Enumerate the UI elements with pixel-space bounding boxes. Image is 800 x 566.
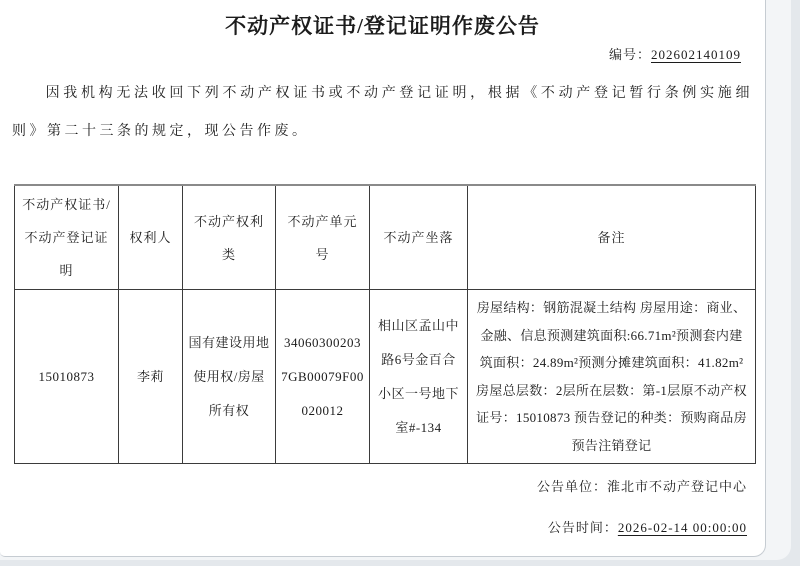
col-header-unit-no: 不动产单元号 (276, 185, 370, 290)
announcing-unit-line: 公告单位：淮北市不动产登记中心 (0, 477, 765, 496)
cell-right-type: 国有建设用地使用权/房屋所有权 (183, 290, 276, 464)
announcing-unit-value: 淮北市不动产登记中心 (607, 479, 747, 494)
col-header-location: 不动产坐落 (370, 185, 468, 290)
serial-number-line: 编号：202602140109 (0, 46, 765, 64)
table-row: 15010873 李莉 国有建设用地使用权/房屋所有权 340603002037… (15, 290, 756, 464)
serial-number-label: 编号： (609, 47, 651, 62)
cell-remark: 房屋结构：钢筋混凝土结构 房屋用途：商业、金融、信息预测建筑面积:66.71m²… (468, 290, 756, 464)
col-header-remark: 备注 (468, 185, 756, 290)
serial-number-value: 202602140109 (651, 47, 741, 62)
cell-unit-no: 340603002037GB00079F00020012 (276, 290, 370, 464)
cell-holder: 李莉 (119, 290, 183, 464)
certificates-table: 不动产权证书/不动产登记证明 权利人 不动产权利类 不动产单元号 不动产坐落 备… (14, 184, 756, 464)
cell-location: 相山区孟山中路6号金百合小区一号地下室#-134 (370, 290, 468, 464)
announcement-time-label: 公告时间： (548, 520, 618, 535)
col-header-holder: 权利人 (119, 185, 183, 290)
col-header-right-type: 不动产权利类 (183, 185, 276, 290)
cell-certificate-no: 15010873 (15, 290, 119, 464)
announcing-unit-label: 公告单位： (537, 479, 607, 494)
col-header-certificate-no: 不动产权证书/不动产登记证明 (15, 185, 119, 290)
announcement-time-value: 2026-02-14 00:00:00 (618, 520, 747, 535)
announcement-document: 不动产权证书/登记证明作废公告 编号：202602140109 因我机构无法收回… (0, 0, 766, 557)
table-header-row: 不动产权证书/不动产登记证明 权利人 不动产权利类 不动产单元号 不动产坐落 备… (15, 185, 756, 290)
intro-paragraph: 因我机构无法收回下列不动产权证书或不动产登记证明，根据《不动产登记暂行条例实施细… (12, 75, 753, 151)
page-title: 不动产权证书/登记证明作废公告 (0, 11, 765, 41)
announcement-time-line: 公告时间：2026-02-14 00:00:00 (0, 518, 765, 537)
